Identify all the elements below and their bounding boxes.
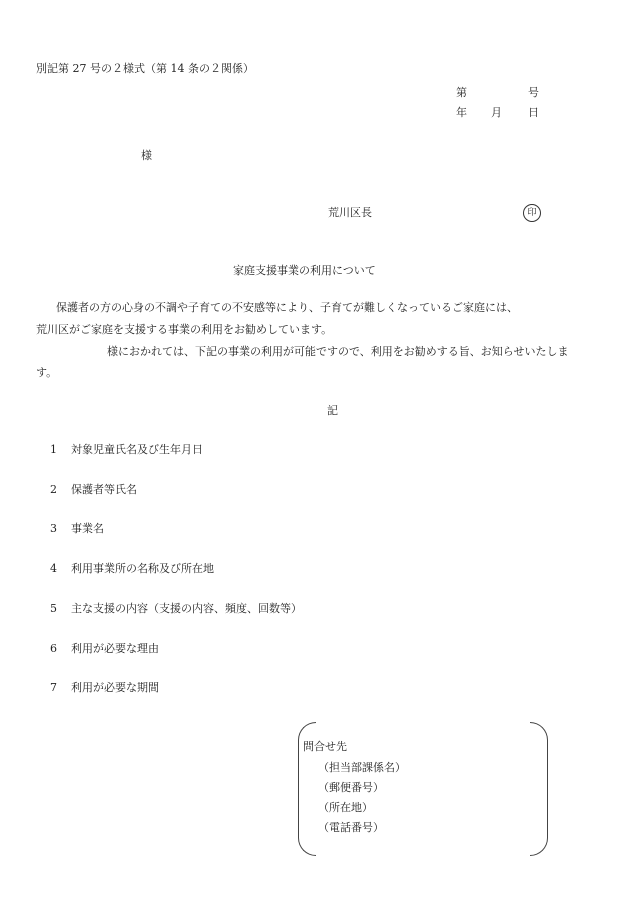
list-item: 1対象児童氏名及び生年月日: [50, 444, 203, 455]
body-paragraph2-line2: す。: [36, 367, 57, 378]
document-number-suffix: 号: [528, 87, 539, 98]
date-day: 日: [528, 107, 539, 118]
item-label: 主な支援の内容（支援の内容、頻度、回数等）: [71, 602, 302, 615]
item-label: 事業名: [71, 522, 104, 535]
item-number: 5: [50, 602, 57, 615]
contact-department: （担当部課係名）: [318, 762, 406, 773]
issuer-name: 荒川区長: [328, 207, 372, 218]
contact-address: （所在地）: [318, 802, 373, 813]
list-item: 2保護者等氏名: [50, 484, 137, 495]
list-item: 6利用が必要な理由: [50, 643, 159, 654]
ki-heading: 記: [327, 405, 338, 416]
item-number: 2: [50, 483, 57, 496]
contact-heading: 問合せ先: [303, 741, 347, 752]
item-number: 7: [50, 681, 57, 694]
right-bracket: [530, 722, 548, 856]
list-item: 5主な支援の内容（支援の内容、頻度、回数等）: [50, 603, 302, 614]
date-year: 年: [456, 107, 467, 118]
body-paragraph1-line2: 荒川区がご家庭を支援する事業の利用をお勧めしています。: [36, 324, 332, 335]
list-item: 4利用事業所の名称及び所在地: [50, 563, 214, 574]
seal-mark: 印: [523, 204, 541, 222]
body-paragraph2-line1: 様におかれては、下記の事業の利用が可能ですので、利用をお勧めする旨、お知らせいた…: [107, 346, 568, 357]
recipient-suffix: 様: [141, 150, 152, 161]
item-label: 保護者等氏名: [71, 483, 137, 496]
item-number: 4: [50, 562, 57, 575]
form-reference: 別記第 27 号の２様式（第 14 条の２関係）: [36, 63, 254, 74]
date-month: 月: [491, 107, 502, 118]
item-label: 対象児童氏名及び生年月日: [71, 443, 203, 456]
item-number: 6: [50, 642, 57, 655]
item-label: 利用事業所の名称及び所在地: [71, 562, 214, 575]
list-item: 3事業名: [50, 523, 104, 534]
contact-phone: （電話番号）: [318, 822, 384, 833]
body-paragraph1-line1: 保護者の方の心身の不調や子育ての不安感等により、子育てが難しくなっているご家庭に…: [56, 302, 518, 313]
contact-postal-code: （郵便番号）: [318, 782, 384, 793]
document-title: 家庭支援事業の利用について: [233, 265, 376, 276]
contact-box: 問合せ先 （担当部課係名） （郵便番号） （所在地） （電話番号）: [298, 722, 548, 856]
list-item: 7利用が必要な期間: [50, 682, 159, 693]
item-number: 3: [50, 522, 57, 535]
item-number: 1: [50, 443, 57, 456]
item-label: 利用が必要な理由: [71, 642, 159, 655]
item-label: 利用が必要な期間: [71, 681, 159, 694]
document-number-prefix: 第: [456, 87, 467, 98]
